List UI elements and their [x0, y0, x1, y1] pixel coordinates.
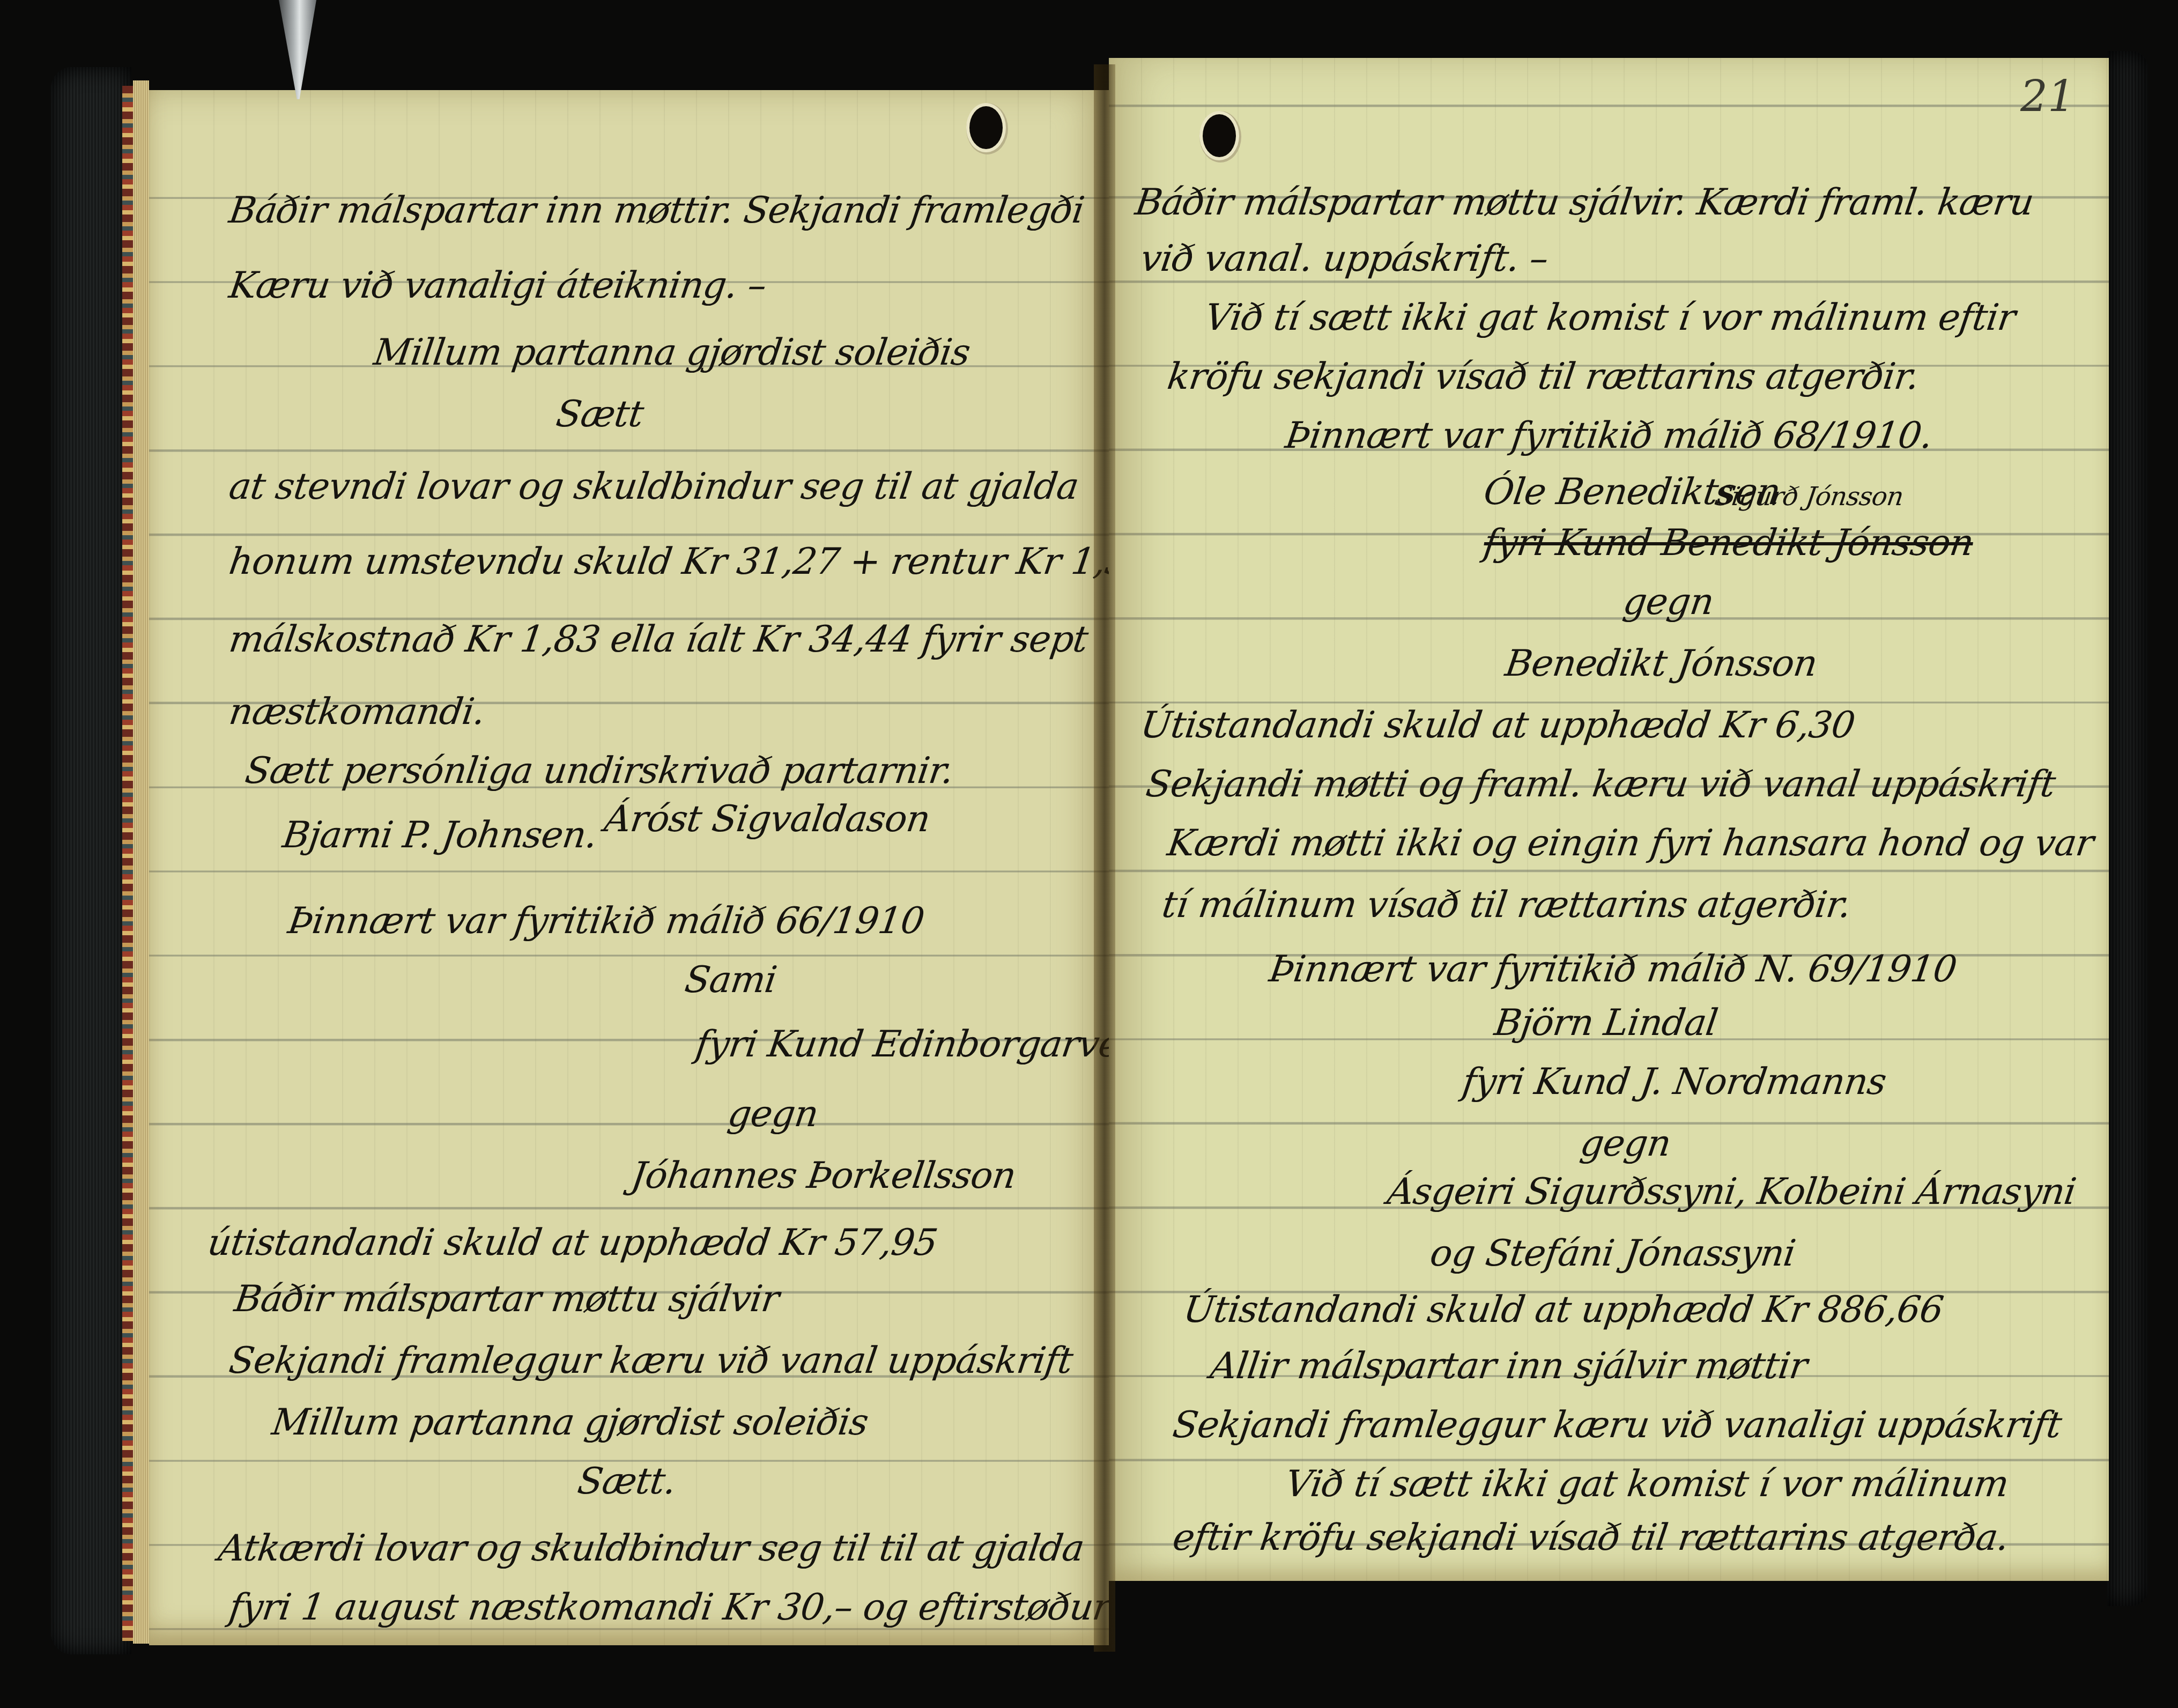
text-line: Við tí sætt ikki gat komist í vor málinu…: [1202, 297, 2018, 339]
right-page: 21 Báðir málspartar møttu sjálvir. Kærdi…: [1109, 58, 2109, 1581]
defendant-name: Ásgeiri Sigurðssyni, Kolbeini Árnasyni: [1384, 1171, 2078, 1213]
plaintiff-name: Björn Lindal: [1492, 1002, 1720, 1044]
marbled-page-edge: [122, 86, 133, 1641]
plaintiff-company: fyri Kund J. Nordmanns: [1460, 1061, 1888, 1103]
text-line: við vanal. uppáskrift. –: [1138, 238, 1551, 280]
text-line: tí málinum vísað til rættarins atgerðir.: [1159, 884, 1853, 926]
page-number: 21: [2020, 71, 2075, 121]
case-entry-line: Þinnært var fyritikið málið N. 69/1910: [1266, 948, 1959, 990]
text-line: Sekjandi møtti og framl. kæru við vanal …: [1143, 763, 2057, 805]
page-stack-edge: [133, 80, 149, 1644]
text-line: eftir kröfu sekjandi vísað til rættarins…: [1170, 1517, 2011, 1559]
text-line: Við tí sætt ikki gat komist í vor málinu…: [1283, 1463, 2011, 1505]
plaintiff-company: fyri Kund Benedikt Jónsson: [1481, 522, 1976, 564]
text-line: Kærdi møtti ikki og eingin fyri hansara …: [1165, 822, 2096, 864]
letter-opener-knife-icon: [279, 0, 316, 99]
text-line: Útistandandi skuld at upphædd Kr 6,30: [1138, 704, 1857, 746]
text-line: kröfu sekjandi vísað til rættarins atger…: [1165, 356, 1921, 398]
text-line: Báðir málspartar møttu sjálvir. Kærdi fr…: [1132, 181, 2036, 224]
text-line: Útistandandi skuld at upphædd Kr 886,66: [1181, 1289, 1945, 1331]
punch-hole-icon: [1203, 114, 1236, 157]
text-line: Sekjandi framleggur kæru við vanaligi up…: [1170, 1404, 2064, 1446]
book-cover-right: [2107, 51, 2147, 1606]
text-line: Allir málspartar inn sjálvir møttir: [1207, 1345, 1810, 1387]
case-entry-line: Þinnært var fyritikið málið 68/1910.: [1283, 415, 1935, 457]
defendant-name: Benedikt Jónsson: [1502, 642, 1819, 685]
gegn-label: gegn: [1577, 1122, 1673, 1165]
defendant-name: og Stefáni Jónassyni: [1427, 1232, 1797, 1275]
book-gutter: [1094, 64, 1115, 1652]
left-page-lower-text: Kr 21,95 + 6% Kr 1,83 og málskostnað Kr …: [149, 90, 1109, 1645]
book-cover-left: [51, 67, 131, 1654]
gegn-label: gegn: [1620, 581, 1716, 623]
correction-insert: Sigurð Jónsson: [1713, 482, 1905, 512]
